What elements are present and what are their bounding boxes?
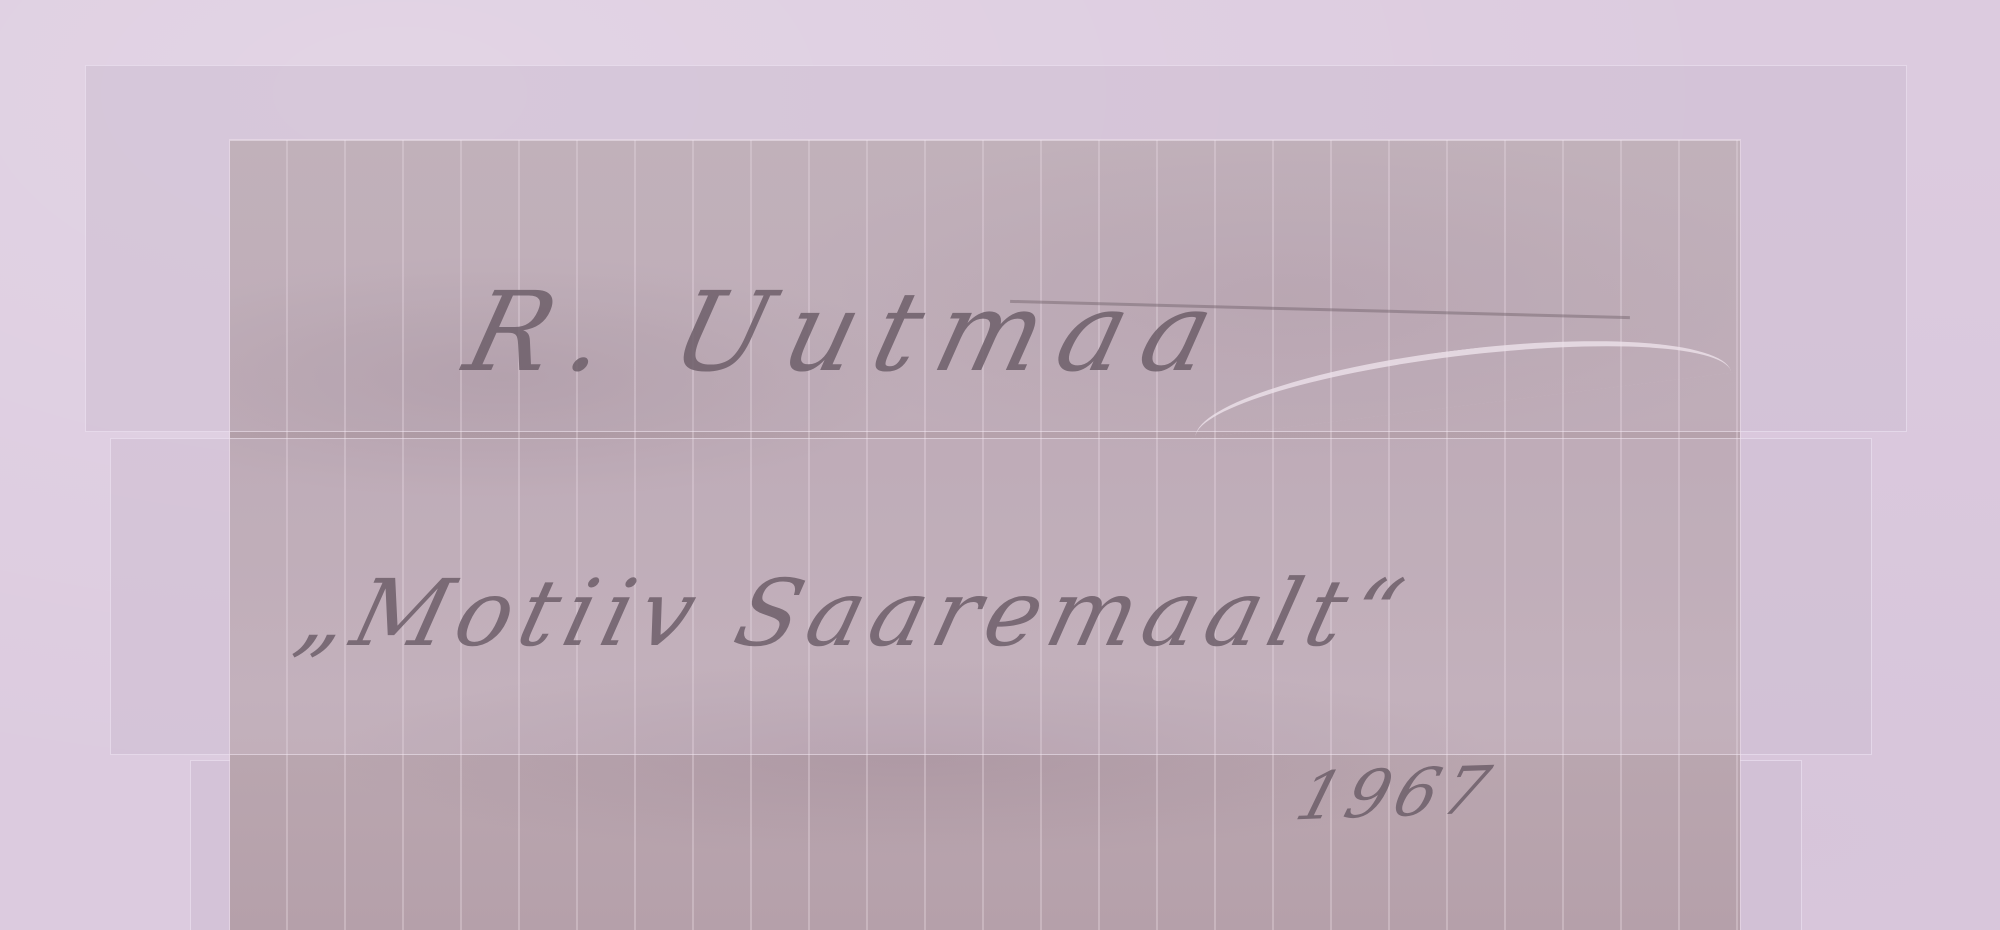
artwork-year: 1967 — [1288, 752, 1504, 836]
artwork-title: „Motiiv Saaremaalt“ — [287, 560, 1421, 667]
artist-signature: R. Uutmaa — [454, 268, 1244, 396]
